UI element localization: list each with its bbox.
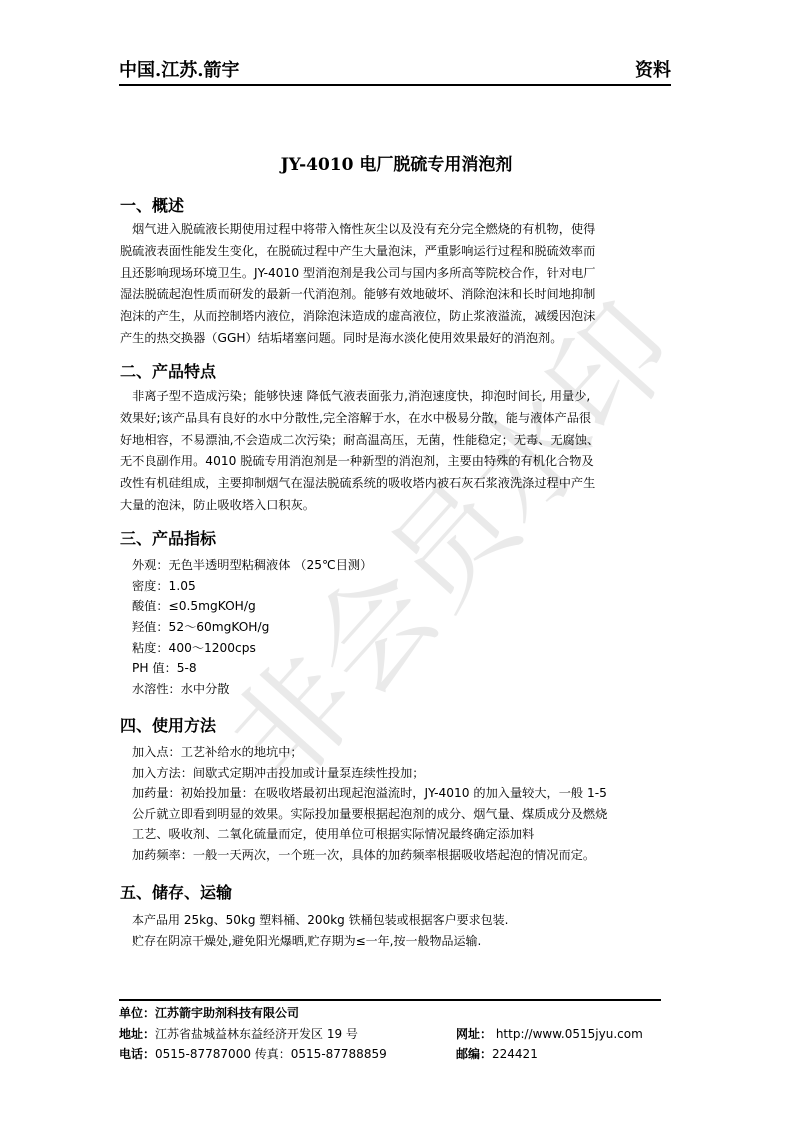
overview-paragraph: 烟气进入脱硫液长期使用过程中将带入惰性灰尘以及没有充分完全燃烧的有机物，使得 脱… — [120, 219, 672, 350]
zip-label: 邮编： — [456, 1047, 492, 1061]
paragraph-line: 大量的泡沫，防止吸收塔入口积灰。 — [120, 495, 672, 517]
paragraph-line: 脱硫液表面性能发生变化，在脱硫过程中产生大量泡沫，严重影响运行过程和脱硫效率而 — [120, 241, 672, 263]
spec-appearance: 外观：无色半透明型粘稠液体 （25℃目测） — [132, 555, 372, 576]
spec-viscosity: 粘度：400～1200cps — [132, 638, 372, 659]
paragraph-line: 非离子型不造成污染；能够快速 降低气液表面张力,消泡速度快，抑泡时间长, 用量少… — [120, 386, 672, 408]
paragraph-line: 烟气进入脱硫液长期使用过程中将带入惰性灰尘以及没有充分完全燃烧的有机物，使得 — [120, 219, 672, 241]
spec-density: 密度：1.05 — [132, 576, 372, 597]
phone-fax-value: 0515-87787000 传真：0515-87788859 — [155, 1047, 387, 1061]
storage-conditions: 贮存在阴凉干燥处,避免阳光爆晒,贮存期为≤一年,按一般物品运输. — [132, 931, 508, 952]
page-footer: 单位：江苏箭宇助剂科技有限公司 地址：江苏省盐城益林东益经济开发区 19 号 网… — [119, 1003, 679, 1065]
specs-list: 外观：无色半透明型粘稠液体 （25℃目测） 密度：1.05 酸值：≤0.5mgK… — [132, 555, 372, 700]
footer-divider — [119, 999, 661, 1001]
usage-frequency: 加药频率：一般一天两次，一个班一次，具体的加药频率根据吸收塔起泡的情况而定。 — [132, 845, 674, 866]
section-heading-features: 二、产品特点 — [120, 359, 216, 382]
paragraph-line: 好地相容，不易漂油,不会造成二次污染；耐高温高压，无菌，性能稳定；无毒、无腐蚀、 — [120, 430, 672, 452]
paragraph-line: 无不良副作用。4010 脱硫专用消泡剂是一种新型的消泡剂，主要由特殊的有机化合物… — [120, 451, 672, 473]
spec-ph: PH 值：5-8 — [132, 658, 372, 679]
zip-value: 224421 — [492, 1047, 538, 1061]
header-origin: 中国.江苏.箭宇 — [119, 56, 240, 82]
usage-dosage-cont: 公斤就立即看到明显的效果。实际投加量要根据起泡剂的成分、烟气量、煤质成分及燃烧 — [132, 804, 674, 825]
spec-acid-value: 酸值：≤0.5mgKOH/g — [132, 596, 372, 617]
company-label: 单位： — [119, 1006, 155, 1020]
usage-dosage-cont: 工艺、吸收剂、二氧化硫量而定，使用单位可根据实际情况最终确定添加料 — [132, 824, 674, 845]
address-label: 地址： — [119, 1027, 155, 1041]
document-title: JY-4010 电厂脱硫专用消泡剂 — [0, 150, 793, 175]
section-heading-storage: 五、储存、运输 — [120, 880, 232, 903]
address-value: 江苏省盐城益林东益经济开发区 19 号 — [155, 1027, 358, 1041]
footer-address-row: 地址：江苏省盐城益林东益经济开发区 19 号 网址： http://www.05… — [119, 1024, 679, 1045]
storage-list: 本产品用 25kg、50kg 塑料桶、200kg 铁桶包装或根据客户要求包装. … — [132, 910, 508, 951]
zip-block: 邮编：224421 — [456, 1044, 538, 1065]
paragraph-line: 改性有机硅组成，主要抑制烟气在湿法脱硫系统的吸收塔内被石灰石浆液洗涤过程中产生 — [120, 473, 672, 495]
section-heading-overview: 一、概述 — [120, 193, 184, 216]
page-header: 中国.江苏.箭宇 资料 — [119, 58, 671, 86]
paragraph-line: 产生的热交换器（GGH）结垢堵塞问题。同时是海水淡化使用效果最好的消泡剂。 — [120, 328, 672, 350]
website-block: 网址： http://www.0515jyu.com — [456, 1024, 643, 1045]
section-heading-usage: 四、使用方法 — [120, 713, 216, 736]
features-paragraph: 非离子型不造成污染；能够快速 降低气液表面张力,消泡速度快，抑泡时间长, 用量少… — [120, 386, 672, 517]
footer-phone-row: 电话：0515-87787000 传真：0515-87788859 邮编：224… — [119, 1044, 679, 1065]
footer-company-row: 单位：江苏箭宇助剂科技有限公司 — [119, 1003, 679, 1024]
paragraph-line: 效果好;该产品具有良好的水中分散性,完全溶解于水，在水中极易分散，能与液体产品很 — [120, 408, 672, 430]
paragraph-line: 且还影响现场环境卫生。JY-4010 型消泡剂是我公司与国内多所高等院校合作，针… — [120, 263, 672, 285]
paragraph-line: 泡沫的产生，从而控制塔内液位，消除泡沫造成的虚高液位，防止浆液溢流，减缓因泡沫 — [120, 306, 672, 328]
usage-dosing-point: 加入点：工艺补给水的地坑中； — [132, 742, 674, 763]
usage-dosage: 加药量：初始投加量：在吸收塔最初出现起泡溢流时，JY-4010 的加入量较大，一… — [132, 783, 674, 804]
company-name: 江苏箭宇助剂科技有限公司 — [155, 1006, 299, 1020]
phone-label: 电话： — [119, 1047, 155, 1061]
document-page: 中国.江苏.箭宇 资料 JY-4010 电厂脱硫专用消泡剂 一、概述 烟气进入脱… — [0, 0, 793, 1122]
spec-solubility: 水溶性：水中分散 — [132, 679, 372, 700]
paragraph-line: 湿法脱硫起泡性质而研发的最新一代消泡剂。能够有效地破坏、消除泡沫和长时间地抑制 — [120, 284, 672, 306]
website-link[interactable]: http://www.0515jyu.com — [492, 1027, 643, 1041]
header-doc-type: 资料 — [635, 56, 671, 82]
usage-list: 加入点：工艺补给水的地坑中； 加入方法：间歇式定期冲击投加或计量泵连续性投加； … — [132, 742, 674, 866]
usage-dosing-method: 加入方法：间歇式定期冲击投加或计量泵连续性投加； — [132, 763, 674, 784]
website-label: 网址： — [456, 1027, 492, 1041]
section-heading-specs: 三、产品指标 — [120, 526, 216, 549]
spec-hydroxyl-value: 羟值：52～60mgKOH/g — [132, 617, 372, 638]
storage-packaging: 本产品用 25kg、50kg 塑料桶、200kg 铁桶包装或根据客户要求包装. — [132, 910, 508, 931]
